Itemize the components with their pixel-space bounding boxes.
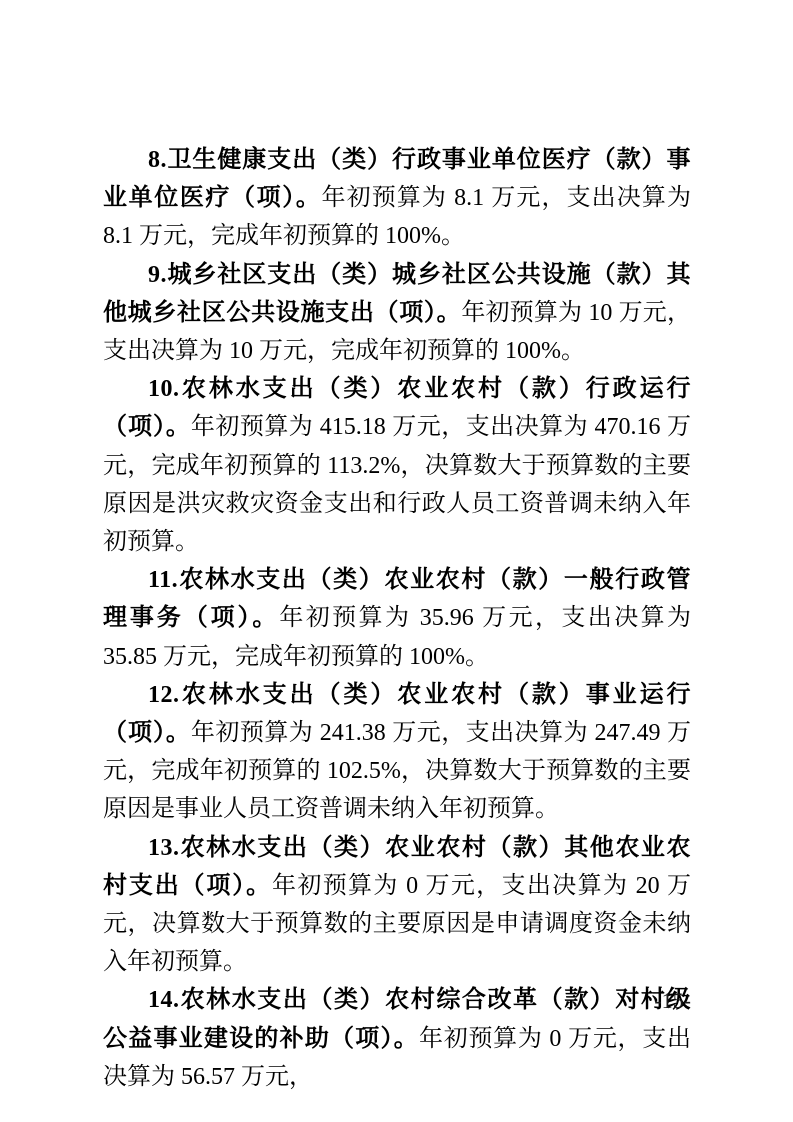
budget-item-10: 10.农林水支出（类）农业农村（款）行政运行（项）。年初预算为 415.18 万… [103, 370, 691, 561]
budget-item-10-body: 年初预算为 415.18 万元，支出决算为 470.16 万元，完成年初预算的 … [103, 414, 691, 555]
page-content: 8.卫生健康支出（类）行政事业单位医疗（款）事业单位医疗（项）。年初预算为 8.… [103, 141, 691, 1096]
budget-item-12: 12.农林水支出（类）农业农村（款）事业运行（项）。年初预算为 241.38 万… [103, 676, 691, 829]
budget-item-9: 9.城乡社区支出（类）城乡社区公共设施（款）其他城乡社区公共设施支出（项）。年初… [103, 256, 691, 371]
budget-item-8: 8.卫生健康支出（类）行政事业单位医疗（款）事业单位医疗（项）。年初预算为 8.… [103, 141, 691, 256]
page-number: -15- [103, 989, 691, 1013]
document-page: 8.卫生健康支出（类）行政事业单位医疗（款）事业单位医疗（项）。年初预算为 8.… [0, 0, 793, 1122]
budget-item-11: 11.农林水支出（类）农业农村（款）一般行政管理事务（项）。年初预算为 35.9… [103, 561, 691, 676]
budget-item-13: 13.农林水支出（类）农业农村（款）其他农业农村支出（项）。年初预算为 0 万元… [103, 829, 691, 982]
budget-item-12-body: 年初预算为 241.38 万元，支出决算为 247.49 万元，完成年初预算的 … [103, 720, 691, 822]
